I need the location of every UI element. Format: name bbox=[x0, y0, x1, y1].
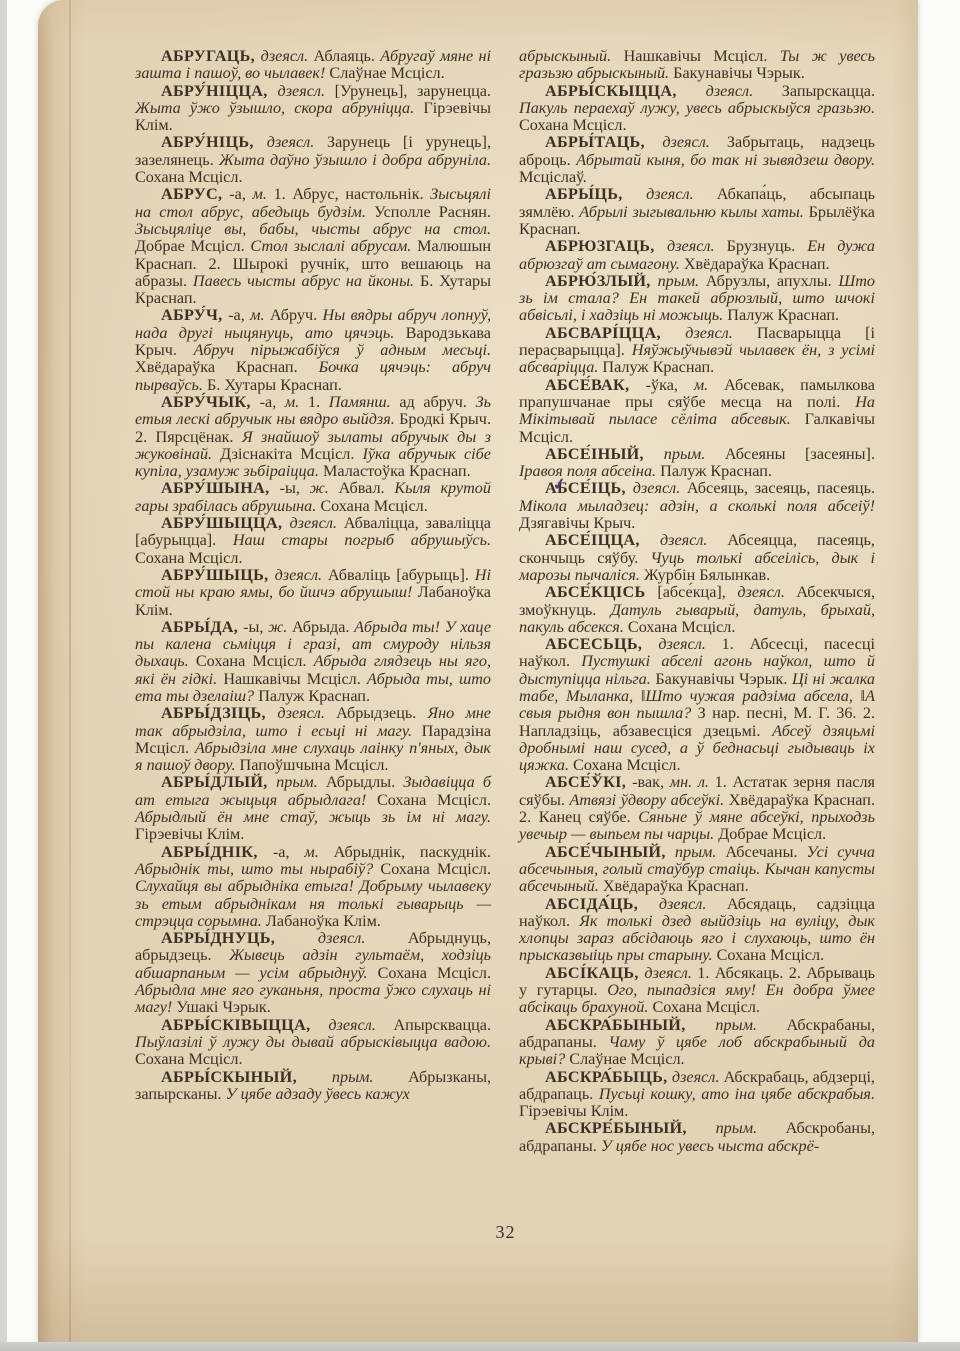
italic-text: прым. bbox=[664, 445, 725, 463]
headword: АБРЫ́ДНУЦЬ, bbox=[161, 929, 318, 947]
plain-text: Абрузлы, апухлы. bbox=[706, 272, 839, 290]
italic-text: Пусьці кошку, ато іна цябе абскрабыя. bbox=[599, 1085, 875, 1103]
italic-text: Мікола мыладзец: адзін, а сколькі поля а… bbox=[519, 497, 875, 515]
scanner-edge-bottom bbox=[0, 1342, 960, 1351]
headword: АБСЕ́ВАК, bbox=[545, 376, 646, 394]
plain-text: Нашкавічы Мсцісл. bbox=[624, 47, 780, 65]
italic-text: абрыскыный. bbox=[519, 47, 624, 65]
dictionary-entry: АБРЫ́СКЫЦЦА, дзеясл. Запырскацца. Пакуль… bbox=[519, 83, 875, 135]
plain-text: Сохана Мсцісл. bbox=[378, 964, 491, 982]
plain-text: Хвёдараўка Краснап. bbox=[603, 877, 749, 895]
dictionary-entry: АБРУ́ШЫЦЬ, дзеясл. Абваліць [абурыць]. Н… bbox=[135, 567, 491, 619]
plain-text: Дзягавічы Крыч. bbox=[519, 514, 635, 532]
scanned-page: АБРУГАЦЬ, дзеясл. Аблаяць. Абругаў мяне … bbox=[38, 0, 918, 1343]
headword: АБСВАРІ́ЦЦА, bbox=[545, 324, 685, 342]
plain-text: Абруч. bbox=[270, 306, 323, 324]
plain-text: Лабаноўка Клім. bbox=[266, 912, 381, 930]
headword: АБРУГАЦЬ, bbox=[161, 47, 261, 65]
dictionary-entry: АБРЫ́ЦЬ, дзеясл. Абкапа́ць, абсыпаць зям… bbox=[519, 186, 875, 238]
plain-text: Журбін Бялынкав. bbox=[644, 566, 770, 584]
dictionary-entry: ✓АБСЕ́ІЦЬ, дзеясл. Абсеяць, засеяць, пас… bbox=[519, 480, 875, 532]
dictionary-entry: АБСКРА́БЫНЫЙ, прым. Абскрабаны, абдрапан… bbox=[519, 1017, 875, 1069]
plain-text: Хвёдараўка Краснап. bbox=[135, 358, 319, 376]
plain-text: Апырсквацца. bbox=[393, 1016, 491, 1034]
dictionary-entry: АБСЕ́ІНЫЙ, прым. Абсеяны [засеяны]. Ірав… bbox=[519, 446, 875, 481]
italic-text: прым. bbox=[715, 1016, 786, 1034]
italic-text: Стол зыслалі абрусам. bbox=[250, 237, 417, 255]
plain-text: Хвёдараўка Краснап. bbox=[684, 255, 830, 273]
headword: АБСЕ́ЎКІ, bbox=[545, 773, 632, 791]
plain-text: -а, bbox=[228, 306, 250, 324]
italic-text: дзеясл. bbox=[646, 185, 717, 203]
headword: АБРУ́НІЦЦА, bbox=[161, 82, 278, 100]
italic-text: дзеясл. bbox=[672, 1068, 724, 1086]
headword: АБСКРА́БЫНЫЙ, bbox=[545, 1016, 715, 1034]
plain-text: Сохана Мсцісл. bbox=[135, 549, 243, 567]
dictionary-entry: АБРУ́Ч, -а, м. Абруч. Ны вядры абруч лоп… bbox=[135, 307, 491, 393]
plain-text: Сохана Мсцісл. bbox=[717, 946, 825, 964]
italic-text: дзеясл. bbox=[328, 1016, 393, 1034]
italic-text: дзеясл. bbox=[278, 82, 335, 100]
headword: АБРЫ́ДЗІЦЬ, bbox=[161, 704, 277, 722]
italic-text: Іравоя поля абсеіна. bbox=[519, 462, 660, 480]
italic-text: дзеясл. bbox=[685, 324, 757, 342]
italic-text: м. bbox=[694, 376, 724, 394]
page-crease bbox=[69, 0, 71, 1343]
italic-text: ж. bbox=[310, 479, 339, 497]
plain-text: Гірэевічы Клім. bbox=[135, 825, 244, 843]
italic-text: ж. bbox=[268, 618, 292, 636]
headword: АБСЕ́КЦІСЬ bbox=[545, 583, 657, 601]
italic-text: Жыта даўно ўзышло і добра абруніла. bbox=[219, 151, 491, 169]
italic-text: м. bbox=[285, 393, 308, 411]
headword: АБРЫ́ДЛЫЙ, bbox=[161, 773, 276, 791]
scan-background: АБРУГАЦЬ, дзеясл. Аблаяць. Абругаў мяне … bbox=[0, 0, 960, 1351]
headword: АБРЫ́СКЫНЫЙ, bbox=[161, 1068, 332, 1086]
headword: АБРУ́НІЦЬ, bbox=[161, 133, 267, 151]
plain-text: Нашкавічы Мсцісл. bbox=[223, 670, 367, 688]
dictionary-entry: АБСІ́КАЦЬ, дзеясл. 1. Абсякаць. 2. Абрыв… bbox=[519, 965, 875, 1017]
italic-text: дзеясл. bbox=[277, 704, 336, 722]
plain-text: Маластоўка Краснап. bbox=[323, 462, 471, 480]
plain-text: Гірэевічы Клім. bbox=[519, 1102, 628, 1120]
plain-text: Добрае Мсцісл. bbox=[718, 825, 826, 843]
italic-text: Атвязі ўдвору абсеўкі. bbox=[569, 791, 728, 809]
dictionary-entry: АБСЕ́ЎКІ, -вак, мн. л. 1. Астатак зерня … bbox=[519, 774, 875, 843]
dictionary-entry: АБСЕ́КЦІСЬ [абсе́кца], дзеясл. Абсекчыся… bbox=[519, 584, 875, 636]
headword: АБРУ́Ч, bbox=[161, 306, 228, 324]
plain-text: Бакунавічы Чэрык. bbox=[655, 670, 792, 688]
plain-text: [абсе́кца], bbox=[657, 583, 737, 601]
plain-text: -а, bbox=[273, 843, 305, 861]
dictionary-entry: АБРЫ́ДА, -ы, ж. Абрыда. Абрыда ты! У хац… bbox=[135, 619, 491, 705]
plain-text: Брузнуць. bbox=[727, 237, 808, 255]
plain-text: Сохана Мсцісл. bbox=[519, 116, 627, 134]
headword: АБРУ́ШЫЦЬ, bbox=[161, 566, 275, 584]
plain-text: Сохана Мсцісл. bbox=[135, 168, 243, 186]
italic-text: дзеясл. bbox=[737, 583, 796, 601]
dictionary-entry: АБСКРЕ́БЫНЫЙ, прым. Абскробаны, абдрапан… bbox=[519, 1120, 875, 1155]
dictionary-entry: АБСВАРІ́ЦЦА, дзеясл. Пасварыцца [і перас… bbox=[519, 325, 875, 377]
headword: АБРЮЗГАЦЬ, bbox=[545, 237, 667, 255]
headword: АБСКРА́БЫЦЬ, bbox=[545, 1068, 672, 1086]
right-column: абрыскыный. Нашкавічы Мсцісл. Ты ж увесь… bbox=[519, 48, 875, 1155]
plain-text: Сохана Мсцісл. bbox=[320, 497, 428, 515]
italic-text: дзеясл. bbox=[289, 514, 343, 532]
italic-text: м. bbox=[253, 185, 274, 203]
italic-text: Абрытай кыня, бо так ні зывядзеш двору. bbox=[576, 151, 875, 169]
italic-text: Абруч пірыжабіўся ў адным месьці. bbox=[194, 341, 491, 359]
italic-text: дзеясл. bbox=[633, 479, 687, 497]
plain-text: Б. Хутары Краснап. bbox=[207, 376, 342, 394]
italic-text: дзеясл. bbox=[644, 964, 697, 982]
dictionary-entry: АБРУ́ШЫЦЦА, дзеясл. Абваліцца, заваліцца… bbox=[135, 515, 491, 567]
italic-text: дзеясл. bbox=[275, 566, 328, 584]
plain-text: Абрыдлы. bbox=[326, 773, 404, 791]
italic-text: Наш стары погрыб абрушыўсь. bbox=[233, 531, 491, 549]
headword: АБРЮ́ЗЛЫЙ, bbox=[545, 272, 658, 290]
dictionary-text-block: АБРУГАЦЬ, дзеясл. Аблаяць. Абругаў мяне … bbox=[135, 48, 876, 1155]
dictionary-entry: АБРУ́ШЫНА, -ы, ж. Абвал. Кыля крутой гар… bbox=[135, 480, 491, 515]
dictionary-entry: АБСКРА́БЫЦЬ, дзеясл. Абскрабаць, абдзерц… bbox=[519, 1069, 875, 1121]
plain-text: Сохана Мсцісл. bbox=[652, 998, 760, 1016]
scanner-edge-left bbox=[0, 0, 7, 1351]
italic-text: мн. л. bbox=[670, 773, 715, 791]
dictionary-entry: АБРЫ́СКЫНЫЙ, прым. Абрызканы, запырсканы… bbox=[135, 1069, 491, 1104]
headword: АБСЕ́ІЦЦА, bbox=[545, 531, 660, 549]
plain-text: Палуж Краснап. bbox=[602, 358, 714, 376]
dictionary-entry: АБРЫ́СКІВЫЦЦА, дзеясл. Апырсквацца. Пыўл… bbox=[135, 1017, 491, 1069]
plain-text: Палуж Краснап. bbox=[727, 306, 839, 324]
plain-text: Абваліць [абурыць]. bbox=[328, 566, 475, 584]
italic-text: Пакуль пераехаў лужу, увесь абрыскыўся г… bbox=[519, 99, 875, 117]
plain-text: Абсеяны [засеяны]. bbox=[725, 445, 875, 463]
headword: АБРЫ́СКЫЦЦА, bbox=[545, 82, 706, 100]
plain-text: -ы, bbox=[243, 618, 268, 636]
headword: АБРЫ́ДНІК, bbox=[161, 843, 273, 861]
italic-text: дзеясл. bbox=[658, 635, 721, 653]
left-column: АБРУГАЦЬ, дзеясл. Аблаяць. Абругаў мяне … bbox=[135, 48, 491, 1155]
italic-text: Зысьцяліце вы, бабы, чысты абрус на стол… bbox=[135, 220, 491, 238]
plain-text: Сохана Мсцісл. bbox=[377, 791, 491, 809]
plain-text: [Урунець], зарунецца. bbox=[335, 82, 491, 100]
italic-text: У цябе адзаду ўвесь кажух bbox=[226, 1085, 410, 1103]
dictionary-entry: АБСЕ́ІЦЦА, дзеясл. Абсеяцца, пасеяць, ск… bbox=[519, 532, 875, 584]
plain-text: Ушакі Чэрык. bbox=[176, 998, 270, 1016]
dictionary-entry: АБРУ́НІЦЬ, дзеясл. Зарунець [і урунець],… bbox=[135, 134, 491, 186]
dictionary-entry: АБРЫ́ТАЦЬ, дзеясл. Забрытаць, надзець аб… bbox=[519, 134, 875, 186]
dictionary-entry: АБРЫ́ДЗІЦЬ, дзеясл. Абрыдзець. Яно мне т… bbox=[135, 705, 491, 774]
headword: АБРЫ́СКІВЫЦЦА, bbox=[161, 1016, 328, 1034]
headword: АБРУ́ШЫЦЦА, bbox=[161, 514, 289, 532]
italic-text: Жыта ўжо ўзышло, скора абруніцца. bbox=[135, 99, 423, 117]
plain-text: Сохана Мсцісл. bbox=[573, 756, 681, 774]
italic-text: Абрыдлый ён мне стаў, жыць зь ім ні магу… bbox=[135, 808, 491, 826]
dictionary-entry: АБСЕ́ЧЫНЫЙ, прым. Абсечаны. Усі сучча аб… bbox=[519, 844, 875, 896]
headword: АБРУ́ШЫНА, bbox=[161, 479, 280, 497]
italic-text: прым. bbox=[332, 1068, 408, 1086]
headword: АБСІ́КАЦЬ, bbox=[545, 964, 644, 982]
italic-text: Абрыднік ты, што ты нырабіў? bbox=[135, 860, 380, 878]
plain-text: 1. bbox=[308, 393, 329, 411]
plain-text: Мсціслаў. bbox=[519, 168, 587, 186]
plain-text: -а, bbox=[229, 185, 252, 203]
plain-text: Запырскацца. bbox=[782, 82, 875, 100]
plain-text: -ўка, bbox=[646, 376, 694, 394]
plain-text: ад абруч. bbox=[399, 393, 475, 411]
headword: АБРУ́ЧЫК, bbox=[161, 393, 260, 411]
headword: АБСІДА́ЦЬ, bbox=[545, 895, 659, 913]
plain-text: -вак, bbox=[632, 773, 670, 791]
italic-text: У цябе нос увесь чыста абскрё- bbox=[601, 1137, 819, 1155]
headword: АБСЕ́ЧЫНЫЙ, bbox=[545, 843, 675, 861]
italic-text: дзеясл. bbox=[318, 929, 408, 947]
plain-text: Палуж Краснап. bbox=[660, 462, 772, 480]
dictionary-entry: АБРУС, -а, м. 1. Абрус, настольнік. Зысь… bbox=[135, 186, 491, 307]
plain-text: Слаўнае Мсцісл. bbox=[569, 1050, 684, 1068]
italic-text: Памянш. bbox=[329, 393, 400, 411]
dictionary-entry: АБСІДА́ЦЬ, дзеясл. Абсядаць, садзіцца на… bbox=[519, 896, 875, 965]
italic-text: дзеясл. bbox=[706, 82, 782, 100]
dictionary-entry: АБРЮЗГАЦЬ, дзеясл. Брузнуць. Ен дужа абр… bbox=[519, 238, 875, 273]
italic-text: прым. bbox=[658, 272, 706, 290]
plain-text: Сохана Мсцісл. bbox=[380, 860, 491, 878]
plain-text: Палуж Краснап. bbox=[258, 687, 370, 705]
plain-text: Сохана Мсцісл. bbox=[196, 652, 314, 670]
headword: АБРЫ́ЦЬ, bbox=[545, 185, 646, 203]
dictionary-entry: АБСЕСЬЦЬ, дзеясл. 1. Абсесці, пасесці на… bbox=[519, 636, 875, 774]
dictionary-entry: АБРЫ́ДЛЫЙ, прым. Абрыдлы. Зыдавіцца б ат… bbox=[135, 774, 491, 843]
headword: АБРЫ́ТАЦЬ, bbox=[545, 133, 662, 151]
plain-text: Бакунавічы Чэрык. bbox=[673, 64, 805, 82]
italic-text: дзеясл. bbox=[659, 895, 727, 913]
italic-text: прым. bbox=[276, 773, 326, 791]
headword: АБСЕ́ІНЫЙ, bbox=[545, 445, 664, 463]
italic-text: дзеясл. bbox=[267, 133, 327, 151]
dictionary-entry: АБРУ́ЧЫК, -а, м. 1. Памянш. ад абруч. Зь… bbox=[135, 394, 491, 480]
dictionary-entry: абрыскыный. Нашкавічы Мсцісл. Ты ж увесь… bbox=[519, 48, 875, 83]
dictionary-entry: АБРЮ́ЗЛЫЙ, прым. Абрузлы, апухлы. Што зь… bbox=[519, 273, 875, 325]
italic-text: Павесь чысты абрус на йконы. bbox=[193, 272, 420, 290]
plain-text: Аблаяць. bbox=[313, 47, 380, 65]
dictionary-entry: АБРУ́НІЦЦА, дзеясл. [Урунець], зарунецца… bbox=[135, 83, 491, 135]
italic-text: Абрылі зыгывальню кылы хаты. bbox=[579, 203, 808, 221]
plain-text: Сохана Мсцісл. bbox=[135, 1050, 243, 1068]
italic-text: прым. bbox=[675, 843, 725, 861]
headword: АБСЕСЬЦЬ, bbox=[545, 635, 658, 653]
page-number: 32 bbox=[135, 1224, 876, 1241]
plain-text: -ы, bbox=[280, 479, 310, 497]
plain-text: Абрыдзець. bbox=[336, 704, 427, 722]
italic-text: дзеясл. bbox=[662, 133, 727, 151]
italic-text: дзеясл. bbox=[660, 531, 727, 549]
plain-text: Сохана Мсцісл. bbox=[628, 618, 736, 636]
plain-text: -а, bbox=[260, 393, 285, 411]
plain-text: Абрыднік, паскуднік. bbox=[334, 843, 491, 861]
italic-text: Пыўлазілі ў лужу ды дывай абрысківыцца в… bbox=[135, 1033, 491, 1051]
dictionary-entry: АБРУГАЦЬ, дзеясл. Аблаяць. Абругаў мяне … bbox=[135, 48, 491, 83]
italic-text: дзеясл. bbox=[667, 237, 727, 255]
italic-text: м. bbox=[304, 843, 333, 861]
plain-text: Абсеяць, засеяць, пасеяць. bbox=[687, 479, 875, 497]
plain-text: Слаўнае Мсцісл. bbox=[329, 64, 444, 82]
italic-text: дзеясл. bbox=[261, 47, 314, 65]
headword: АБСКРЕ́БЫНЫЙ, bbox=[545, 1119, 716, 1137]
plain-text: Усполле Раснян. bbox=[374, 203, 491, 221]
dictionary-entry: АБРЫ́ДНУЦЬ, дзеясл. Абрыднуць, абрыдзець… bbox=[135, 930, 491, 1016]
two-column-layout: АБРУГАЦЬ, дзеясл. Аблаяць. Абругаў мяне … bbox=[135, 48, 876, 1155]
plain-text: Абсечаны. bbox=[725, 843, 806, 861]
plain-text: Абвал. bbox=[339, 479, 395, 497]
plain-text: Абрыда. bbox=[292, 618, 354, 636]
headword: АБРУС, bbox=[161, 185, 229, 203]
plain-text: 1. Абрус, настольнік. bbox=[274, 185, 431, 203]
italic-text: м. bbox=[250, 306, 270, 324]
dictionary-entry: АБРЫ́ДНІК, -а, м. Абрыднік, паскуднік. А… bbox=[135, 844, 491, 930]
headword: АБРЫ́ДА, bbox=[161, 618, 243, 636]
italic-text: прым. bbox=[716, 1119, 786, 1137]
plain-text: Дзіснакіта Мсцісл. bbox=[220, 445, 362, 463]
plain-text: Добрае Мсцісл. bbox=[135, 237, 250, 255]
dictionary-entry: АБСЕ́ВАК, -ўка, м. Абсевак, памылкова пр… bbox=[519, 377, 875, 446]
plain-text: Папоўшчына Мсцісл. bbox=[240, 756, 389, 774]
